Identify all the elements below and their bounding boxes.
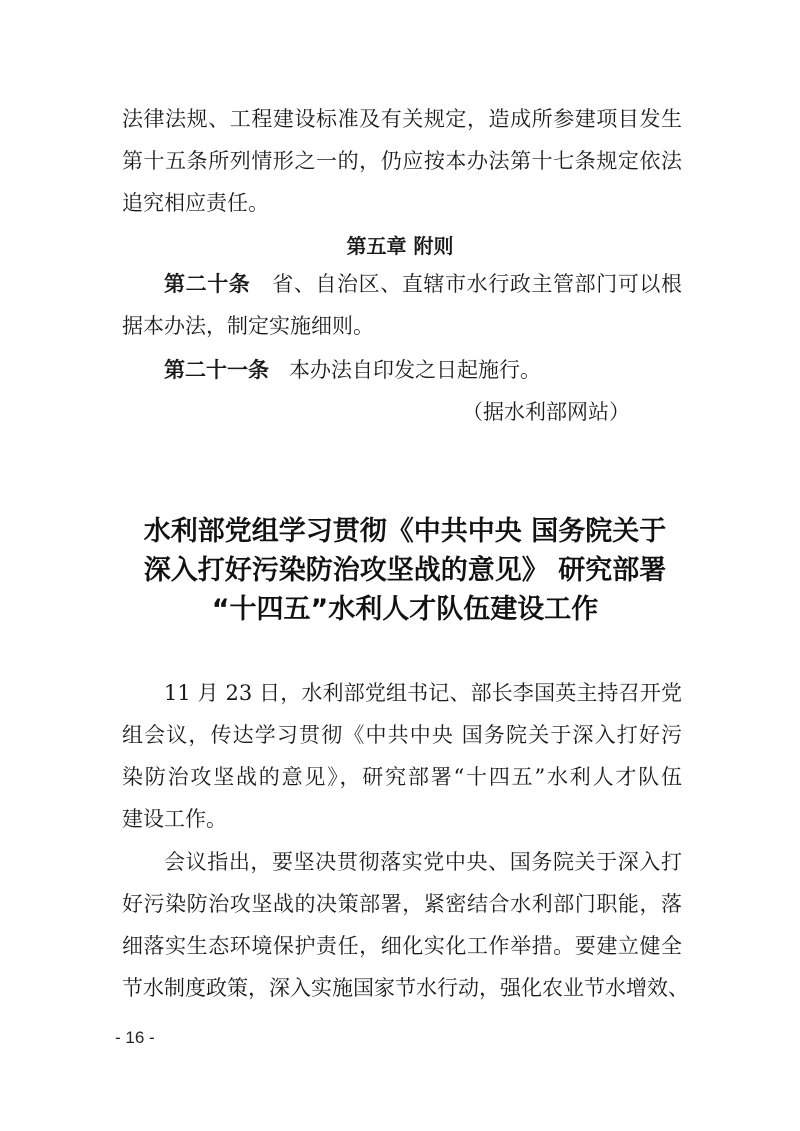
paragraph-1: 11 月 23 日，水利部党组书记、部长李国英主持召开党 组会议，传达学习贯彻《… — [122, 672, 682, 840]
text-line: 建设工作。 — [122, 798, 682, 840]
article-text: 省、自治区、直辖市水行政主管部门可以根 — [272, 272, 682, 296]
text-line: 会议指出，要坚决贯彻落实党中央、国务院关于深入打 — [122, 841, 682, 883]
text-line: 节水制度政策，深入实施国家节水行动，强化农业节水增效、 — [122, 967, 682, 1009]
document-page: 法律法规、工程建设标准及有关规定，造成所参建项目发生 第十五条所列情形之一的，仍… — [0, 0, 800, 1131]
article-label: 第二十条 — [164, 272, 250, 296]
title-line: “十四五”水利人才队伍建设工作 — [110, 590, 700, 629]
title-line: 水利部党组学习贯彻《中共中央 国务院关于 — [110, 512, 700, 551]
title-line: 深入打好污染防治攻坚战的意见》 研究部署 — [110, 551, 700, 590]
text-line: 11 月 23 日，水利部党组书记、部长李国英主持召开党 — [122, 672, 682, 714]
source-note: （据水利部网站） — [462, 391, 630, 433]
article-text: 本办法自印发之日起施行。 — [289, 358, 541, 382]
text-line: 第二十一条 本办法自印发之日起施行。 — [122, 349, 682, 391]
article-20: 第二十条 省、自治区、直辖市水行政主管部门可以根 据本办法，制定实施细则。 — [122, 263, 682, 347]
chapter-heading: 第五章 附则 — [0, 230, 800, 259]
text-line: 追究相应责任。 — [122, 182, 682, 224]
page-number: - 16 - — [115, 1028, 155, 1048]
text-line: 细落实生态环境保护责任，细化实化工作举措。要建立健全 — [122, 925, 682, 967]
text-line: 据本办法，制定实施细则。 — [122, 305, 682, 347]
article-title: 水利部党组学习贯彻《中共中央 国务院关于 深入打好污染防治攻坚战的意见》 研究部… — [110, 512, 700, 629]
article-label: 第二十一条 — [164, 358, 269, 382]
article-21: 第二十一条 本办法自印发之日起施行。 — [122, 349, 682, 391]
text-line: 法律法规、工程建设标准及有关规定，造成所参建项目发生 — [122, 98, 682, 140]
text-line: 组会议，传达学习贯彻《中共中央 国务院关于深入打好污 — [122, 714, 682, 756]
text-line: 染防治攻坚战的意见》，研究部署“十四五”水利人才队伍 — [122, 756, 682, 798]
text-line: 好污染防治攻坚战的决策部署，紧密结合水利部门职能，落 — [122, 883, 682, 925]
text-line: 第十五条所列情形之一的，仍应按本办法第十七条规定依法 — [122, 140, 682, 182]
text-line: 第二十条 省、自治区、直辖市水行政主管部门可以根 — [122, 263, 682, 305]
paragraph-2: 会议指出，要坚决贯彻落实党中央、国务院关于深入打 好污染防治攻坚战的决策部署，紧… — [122, 841, 682, 1009]
continued-paragraph: 法律法规、工程建设标准及有关规定，造成所参建项目发生 第十五条所列情形之一的，仍… — [122, 98, 682, 224]
